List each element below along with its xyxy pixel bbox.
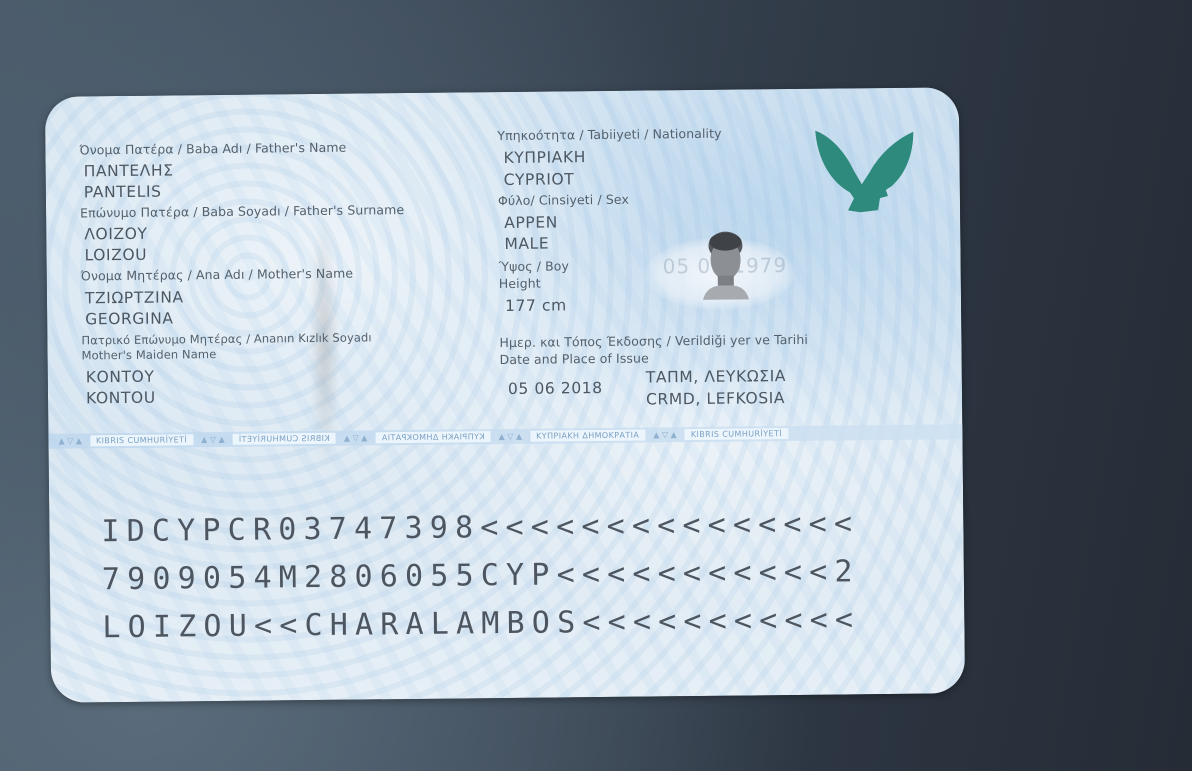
- issue-place-latin: CRMD, LEFKOSIA: [646, 389, 785, 408]
- strip-text: ΚΥΠΡΙΑΚΗ ΔΗΜΟΚΡΑΤΙΑ: [530, 430, 645, 442]
- mrz-line-1: IDCYPCR03747398<<<<<<<<<<<<<<<: [101, 500, 859, 556]
- issue-date: 05 06 2018: [508, 379, 603, 398]
- strip-separator: ▲ ▽ ▲: [499, 432, 523, 441]
- fathers-surname-greek: ΛΟΙΖΟΥ: [84, 225, 147, 244]
- strip-text: KIBRIS CUMHURİYETİ: [685, 428, 788, 440]
- machine-readable-zone: IDCYPCR03747398<<<<<<<<<<<<<<< 7909054M2…: [101, 500, 860, 652]
- mrz-line-2: 7909054M2806055CYP<<<<<<<<<<<2: [102, 548, 860, 604]
- strip-separator: ▲ ▽ ▲: [58, 436, 82, 445]
- sex-label: Φύλο/ Cinsiyeti / Sex: [498, 192, 629, 208]
- mothers-name-greek: ΤΖΙΩΡΤΖΙΝΑ: [85, 288, 184, 307]
- issue-label-1: Ημερ. και Τόπος Έκδοσης / Verildiği yer …: [499, 332, 808, 350]
- strip-text-mirrored: ΚΥΠΡΙΑΚΗ ΔΗΜΟΚΡΑΤΙΑ: [375, 431, 490, 443]
- issue-label-2: Date and Place of Issue: [500, 350, 649, 367]
- ghost-portrait-icon: [700, 227, 751, 300]
- mothers-maiden-label-2: Mother's Maiden Name: [81, 347, 216, 362]
- mothers-name-label: Όνομα Μητέρας / Ana Adı / Mother's Name: [81, 266, 354, 284]
- nationality-greek: ΚΥΠΡΙΑΚΗ: [503, 148, 586, 167]
- mrz-line-3: LOIZOU<<CHARALAMBOS<<<<<<<<<<<: [102, 596, 860, 652]
- strip-separator: ▲ ▽ ▲: [201, 435, 225, 444]
- mothers-name-latin: GEORGINA: [85, 309, 174, 328]
- security-strip: ▲ ▽ ▲ KIBRIS CUMHURİYETİ ▲ ▽ ▲ KIBRIS CU…: [48, 424, 962, 449]
- dove-emblem-icon: [809, 126, 920, 222]
- sex-latin: MALE: [504, 235, 549, 253]
- mothers-maiden-greek: ΚΟΝΤΟΥ: [86, 368, 155, 387]
- fathers-name-label: Όνομα Πατέρα / Baba Adı / Father's Name: [79, 140, 346, 158]
- height-label-1: Ύψος / Boy: [499, 258, 569, 274]
- issue-place-greek: ΤΑΠΜ, ΛΕΥΚΩΣΙΑ: [646, 367, 786, 386]
- strip-text: KIBRIS CUMHURİYETİ: [90, 434, 193, 446]
- fathers-surname-label: Επώνυμο Πατέρα / Baba Soyadı / Father's …: [80, 202, 404, 220]
- height-value: 177 cm: [505, 296, 567, 315]
- mothers-maiden-latin: KONTOU: [86, 389, 156, 408]
- fathers-name-latin: PANTELIS: [84, 183, 162, 202]
- fathers-surname-latin: LOIZOU: [84, 246, 147, 265]
- strip-separator: ▲ ▽ ▲: [653, 430, 677, 439]
- id-card: Όνομα Πατέρα / Baba Adı / Father's Name …: [45, 87, 965, 703]
- strip-separator: ▲ ▽ ▲: [344, 433, 368, 442]
- nationality-label: Υπηκοότητα / Tabiiyeti / Nationality: [497, 126, 721, 143]
- sex-greek: ΑΡΡΕΝ: [504, 213, 558, 232]
- nationality-latin: CYPRIOT: [504, 170, 575, 189]
- fathers-name-greek: ΠΑΝΤΕΛΗΣ: [84, 161, 174, 180]
- height-label-2: Height: [499, 276, 541, 291]
- strip-text-mirrored: KIBRIS CUMHURİYETİ: [233, 433, 336, 445]
